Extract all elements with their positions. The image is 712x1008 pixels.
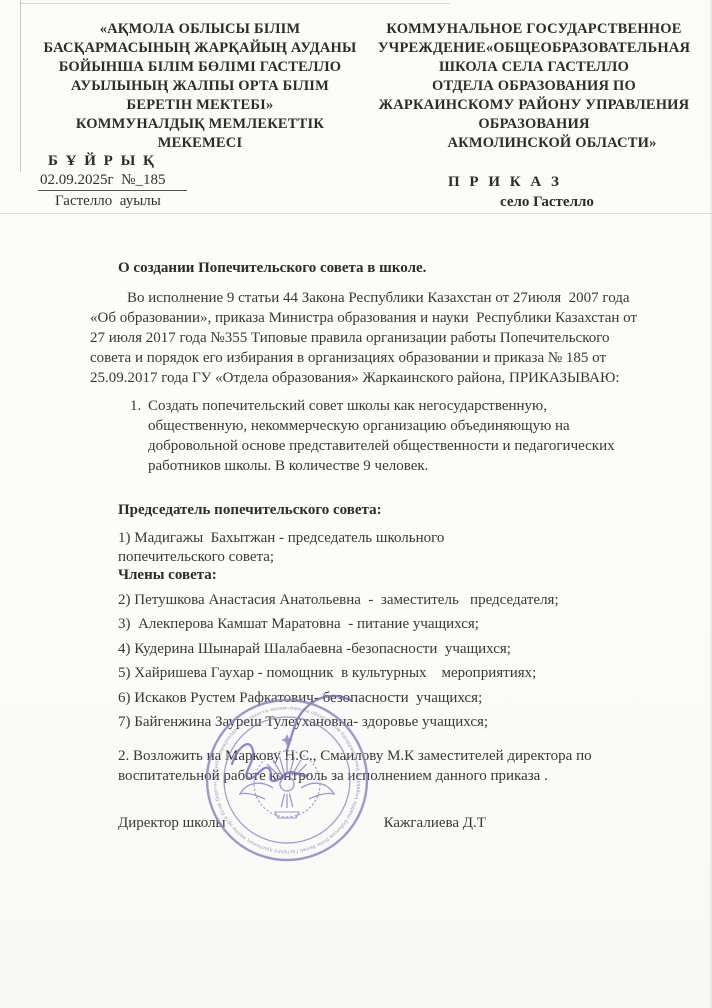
member-line: 4) Кудерина Шынарай Шалабаевна -безопасн… xyxy=(118,640,638,659)
scan-edge-vertical xyxy=(20,0,21,172)
org-name-line: АУЫЛЫНЫҢ ЖАЛПЫ ОРТА БІЛІМ xyxy=(36,77,364,96)
chairman-heading: Председатель попечительского совета: xyxy=(118,500,650,520)
org-name-line: БАСҚАРМАСЫНЫҢ ЖАРҚАЙЫҢ АУДАНЫ xyxy=(36,39,364,58)
order-place-ru: село Гастелло xyxy=(500,194,594,211)
header-divider-line xyxy=(0,213,712,214)
member-line: 3) Алекперова Камшат Маратовна - питание… xyxy=(118,615,638,634)
scan-edge-horizontal xyxy=(20,3,450,4)
org-name-line: ЖАРКАИНСКОМУ РАЙОНУ УПРАВЛЕНИЯ xyxy=(364,96,704,115)
org-name-line: МЕКЕМЕСІ xyxy=(36,134,364,153)
org-name-line: УЧРЕЖДЕНИЕ«ОБЩЕОБРАЗОВАТЕЛЬНАЯ xyxy=(364,39,704,58)
org-name-russian: КОММУНАЛЬНОЕ ГОСУДАРСТВЕННОЕ УЧРЕЖДЕНИЕ«… xyxy=(364,20,704,153)
org-header: «АҚМОЛА ОБЛЫСЫ БІЛІМ БАСҚАРМАСЫНЫҢ ЖАРҚА… xyxy=(36,20,704,153)
official-stamp: «Ақмола облысы білім басқармасының Жарқа… xyxy=(198,690,380,872)
subject-line: О создании Попечительского совета в школ… xyxy=(118,258,650,278)
org-name-line: ШКОЛА СЕЛА ГАСТЕЛЛО xyxy=(364,58,704,77)
order-place-kk: Гастелло ауылы xyxy=(38,193,187,210)
org-name-line: КОММУНАЛДЫҚ МЕМЛЕКЕТТІК xyxy=(36,115,364,134)
signature-name: Кажгалиева Д.Т xyxy=(384,813,486,833)
item-number: 1. xyxy=(130,396,148,476)
order-caption-russian: П Р И К А З село Гастелло xyxy=(448,174,594,211)
org-name-kazakh: «АҚМОЛА ОБЛЫСЫ БІЛІМ БАСҚАРМАСЫНЫҢ ЖАРҚА… xyxy=(36,20,364,153)
members-heading: Члены совета: xyxy=(118,566,650,585)
order-title-ru: П Р И К А З xyxy=(448,174,594,191)
org-name-line: ОБРАЗОВАНИЯ xyxy=(364,115,704,134)
preamble-paragraph: Во исполнение 9 статьи 44 Закона Республ… xyxy=(90,288,650,388)
item-text: Создать попечительский совет школы как н… xyxy=(148,396,645,476)
order-number-line: 02.09.2025г №_185 xyxy=(38,172,187,191)
org-name-line: «АҚМОЛА ОБЛЫСЫ БІЛІМ xyxy=(36,20,364,39)
member-line: 2) Петушкова Анастасия Анатольевна - зам… xyxy=(118,591,638,610)
org-name-line: БЕРЕТІН МЕКТЕБІ» xyxy=(36,96,364,115)
org-name-line: ОТДЕЛА ОБРАЗОВАНИЯ ПО xyxy=(364,77,704,96)
order-item-1: 1. Создать попечительский совет школы ка… xyxy=(130,396,650,476)
document-page: «АҚМОЛА ОБЛЫСЫ БІЛІМ БАСҚАРМАСЫНЫҢ ЖАРҚА… xyxy=(0,0,712,1008)
org-name-line: АКМОЛИНСКОЙ ОБЛАСТИ» xyxy=(364,134,704,153)
org-name-line: КОММУНАЛЬНОЕ ГОСУДАРСТВЕННОЕ xyxy=(364,20,704,39)
chairman-member-line: 1) Мадигажы Бахытжан - председатель школ… xyxy=(118,529,480,566)
order-title-kk: Б Ұ Й Р Ы Қ xyxy=(38,153,187,170)
org-name-line: БОЙЫНША БІЛІМ БӨЛІМІ ГАСТЕЛЛО xyxy=(36,58,364,77)
order-caption-kazakh: Б Ұ Й Р Ы Қ 02.09.2025г №_185 Гастелло а… xyxy=(38,153,187,210)
stamp-outer-ring-icon xyxy=(207,700,367,860)
member-line: 5) Хайришева Гаухар - помощник в культур… xyxy=(118,664,638,683)
